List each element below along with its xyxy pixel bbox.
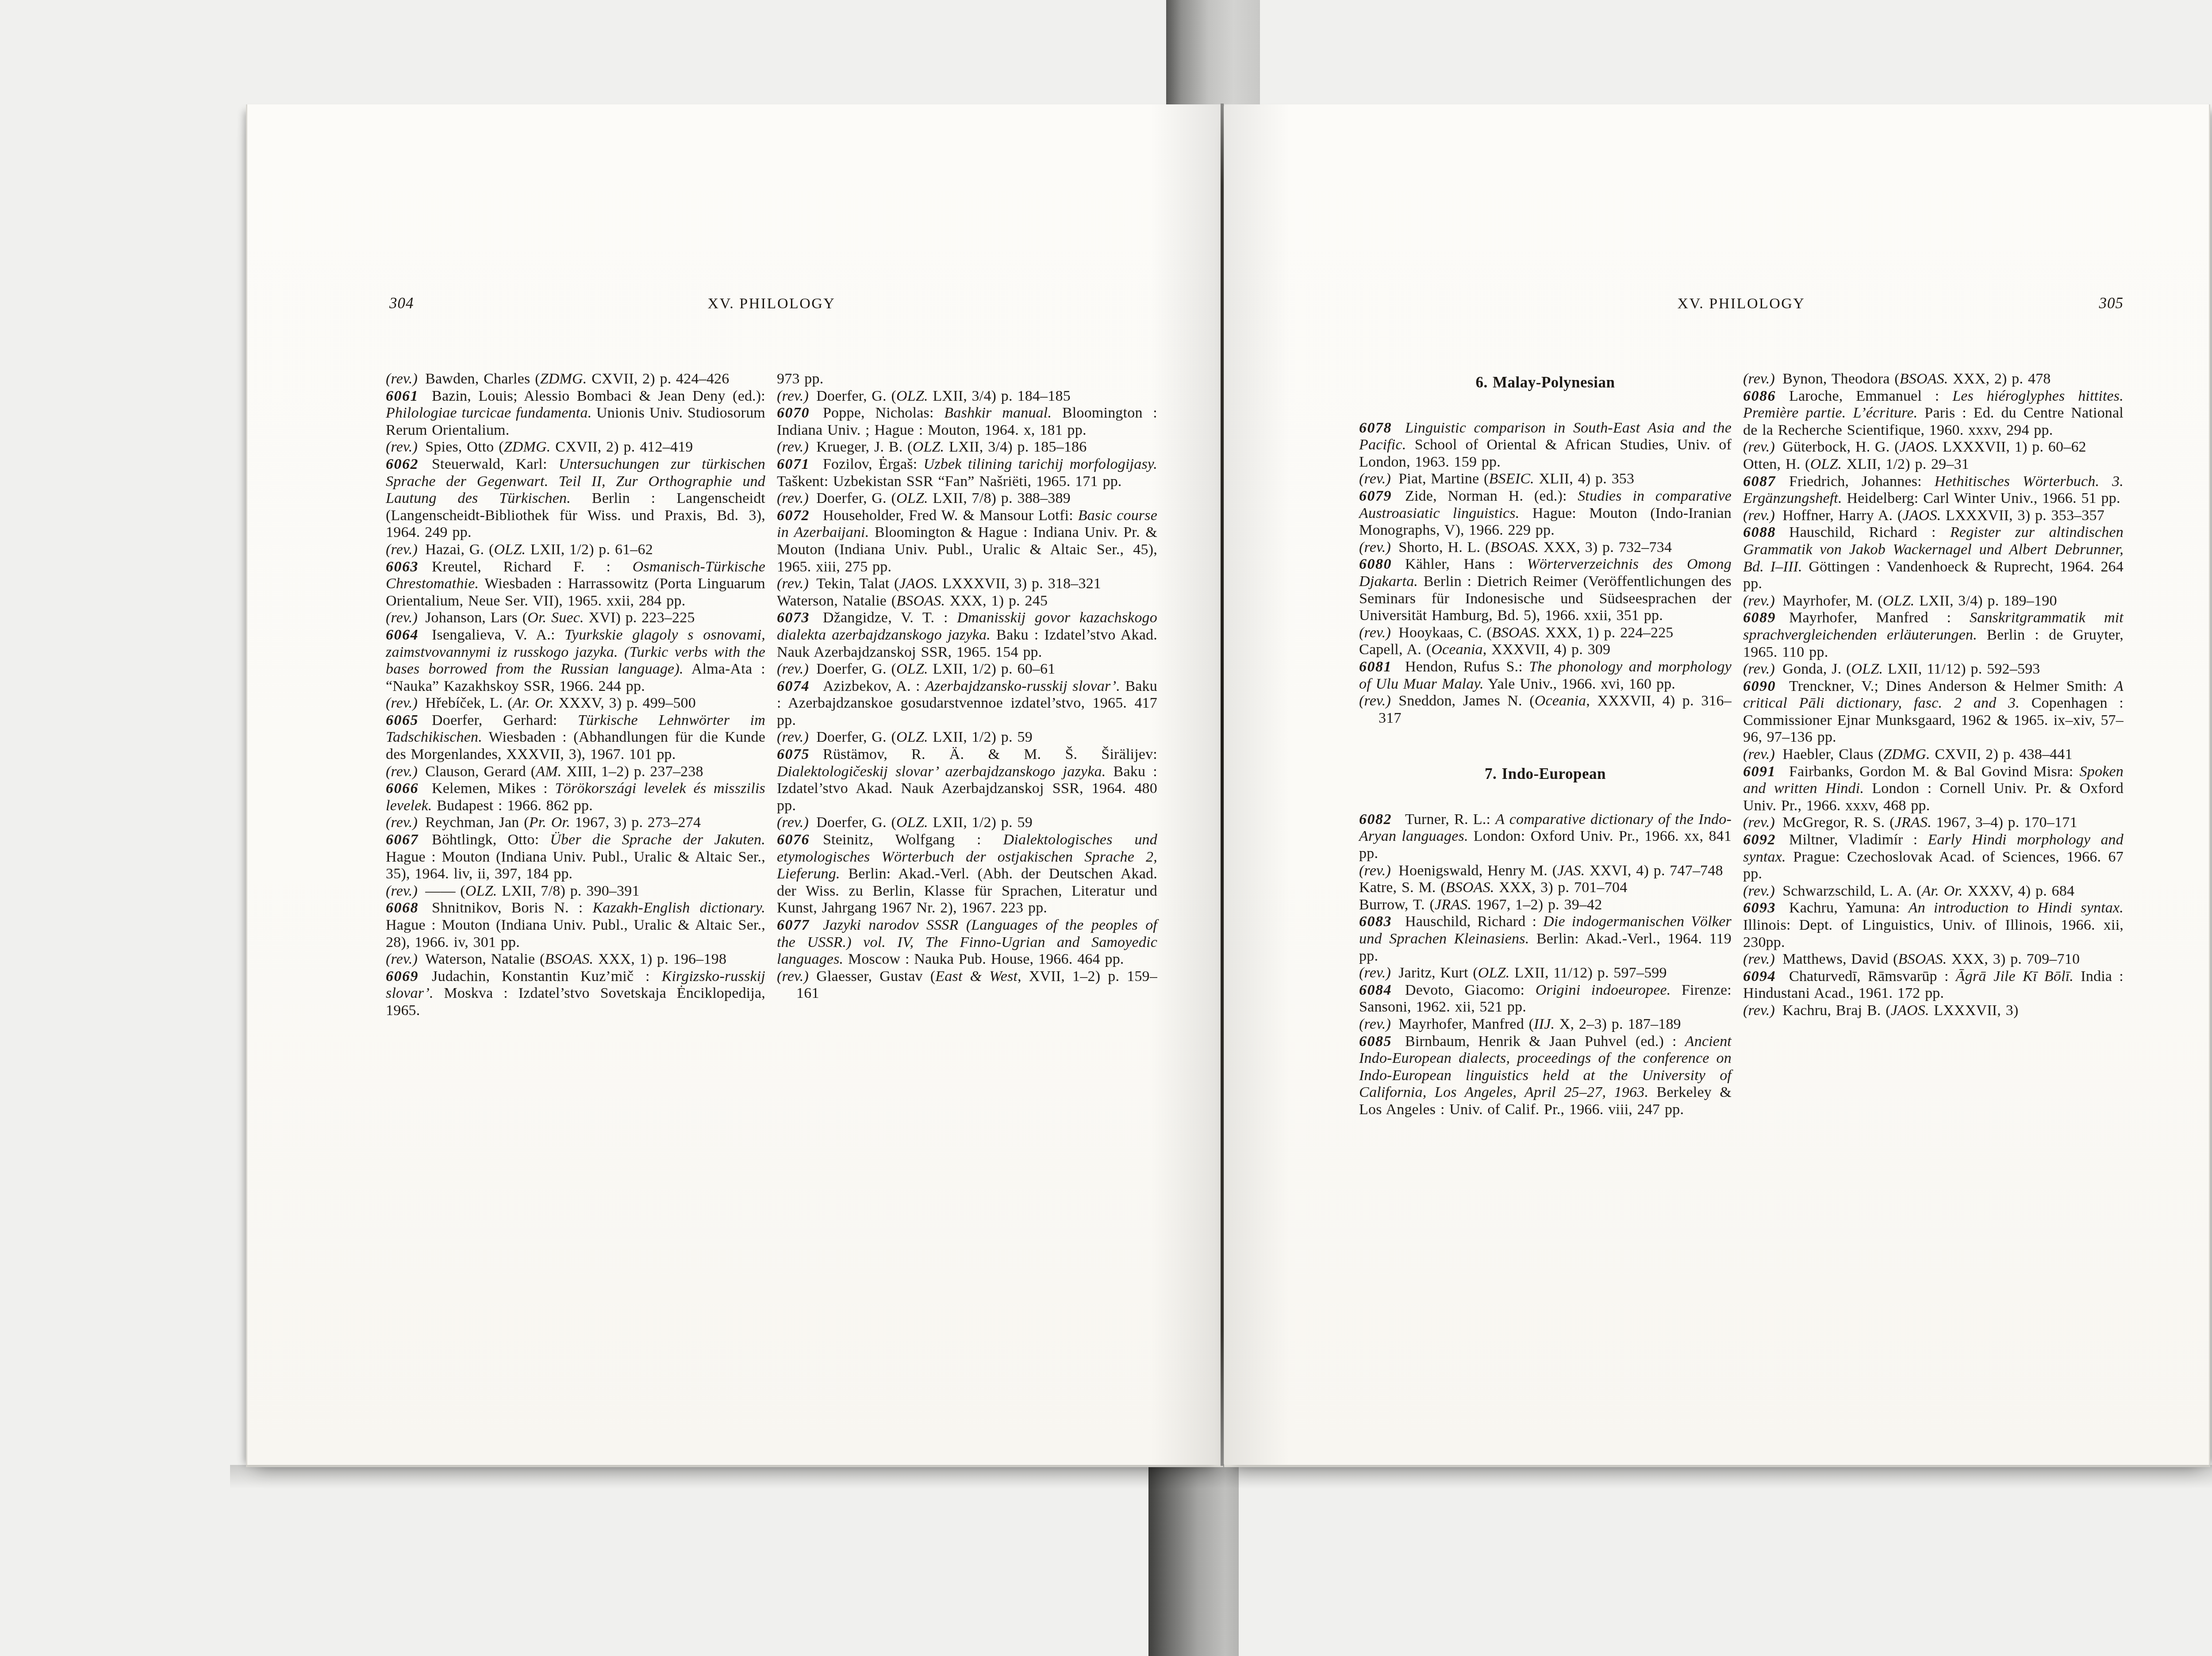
bibliography-entry: 973 pp.	[777, 371, 1157, 388]
bibliography-entry: 6076Steinitz, Wolfgang : Dialektologisch…	[777, 832, 1157, 917]
review-line: (rev.) Mayrhofer, M. (OLZ. LXII, 3/4) p.…	[1743, 593, 2124, 610]
entry-number: 6061	[386, 388, 419, 404]
review-line: (rev.) Doerfer, G. (OLZ. LXII, 1/2) p. 5…	[777, 729, 1157, 746]
entry-number: 6084	[1359, 982, 1392, 998]
bibliography-entry: 6066Kelemen, Mikes : Törökországi levele…	[386, 780, 765, 814]
review-line: (rev.) McGregor, R. S. (JRAS. 1967, 3–4)…	[1743, 814, 2124, 832]
review-line: Otten, H. (OLZ. XLII, 1/2) p. 29–31	[1743, 456, 2124, 473]
review-line: Katre, S. M. (BSOAS. XXX, 3) p. 701–704	[1359, 879, 1732, 897]
review-line: (rev.) Jaritz, Kurt (OLZ. LXII, 11/12) p…	[1359, 965, 1732, 982]
entry-number: 6073	[777, 609, 810, 626]
bibliography-entry: 6078Linguistic comparison in South-East …	[1359, 420, 1732, 471]
review-line: (rev.) Hoffner, Harry A. (JAOS. LXXXVII,…	[1743, 507, 2124, 525]
text-column-left-2: 973 pp.(rev.) Doerfer, G. (OLZ. LXII, 3/…	[777, 371, 1157, 1002]
bibliography-entry: 6073Džangidze, V. T. : Dmanisskij govor …	[777, 609, 1157, 661]
bibliography-entry: 6065Doerfer, Gerhard: Türkische Lehnwört…	[386, 712, 765, 763]
entry-number: 6088	[1743, 524, 1776, 540]
entry-number: 6091	[1743, 763, 1776, 780]
entry-number: 6075	[777, 746, 810, 763]
entry-number: 6066	[386, 780, 419, 797]
bibliography-entry: 6092Miltner, Vladimír : Early Hindi morp…	[1743, 832, 2124, 883]
review-line: (rev.) Schwarzschild, L. A. (Ar. Or. XXX…	[1743, 883, 2124, 900]
review-line: (rev.) Johanson, Lars (Or. Suec. XVI) p.…	[386, 609, 765, 627]
entry-number: 6092	[1743, 832, 1776, 848]
review-line: (rev.) Güterbock, H. G. (JAOS. LXXXVII, …	[1743, 439, 2124, 456]
book-scan-scene: 304 XV. PHILOLOGY XV. PHILOLOGY 305 (rev…	[0, 0, 2212, 1656]
bibliography-entry: 6063Kreutel, Richard F. : Osmanisch-Türk…	[386, 559, 765, 610]
review-line: (rev.) Doerfer, G. (OLZ. LXII, 3/4) p. 1…	[777, 388, 1157, 405]
entry-number: 6078	[1359, 420, 1392, 436]
review-line: (rev.) Piat, Martine (BSEIC. XLII, 4) p.…	[1359, 471, 1732, 488]
entry-number: 6089	[1743, 609, 1776, 626]
entry-number: 6085	[1359, 1033, 1392, 1050]
review-line: (rev.) Sneddon, James N. (Oceania, XXXVI…	[1359, 693, 1732, 727]
bibliography-entry: 6091Fairbanks, Gordon M. & Bal Govind Mi…	[1743, 763, 2124, 815]
bibliography-entry: 6072Householder, Fred W. & Mansour Lotfi…	[777, 507, 1157, 575]
bibliography-entry: 6061Bazin, Louis; Alessio Bombaci & Jean…	[386, 388, 765, 439]
entry-number: 6064	[386, 627, 419, 643]
bibliography-entry: 6087Friedrich, Johannes: Hethitisches Wö…	[1743, 473, 2124, 507]
review-line: (rev.) Gonda, J. (OLZ. LXII, 11/12) p. 5…	[1743, 661, 2124, 678]
entry-number: 6081	[1359, 659, 1392, 675]
bibliography-entry: 6080Kähler, Hans : Wörterverzeichnis des…	[1359, 556, 1732, 624]
bibliography-entry: 6064Isengalieva, V. A.: Tyurkskie glagol…	[386, 627, 765, 695]
spine-backdrop-bottom	[1148, 1464, 1239, 1656]
bibliography-entry: 6085Birnbaum, Henrik & Jaan Puhvel (ed.)…	[1359, 1033, 1732, 1119]
review-line: (rev.) Reychman, Jan (Pr. Or. 1967, 3) p…	[386, 814, 765, 832]
review-line: (rev.) Doerfer, G. (OLZ. LXII, 1/2) p. 6…	[777, 661, 1157, 678]
bibliography-entry: 6083Hauschild, Richard : Die indogermani…	[1359, 913, 1732, 965]
entry-number: 6068	[386, 900, 419, 916]
bibliography-entry: 6081Hendon, Rufus S.: The phonology and …	[1359, 659, 1732, 693]
entry-number: 6063	[386, 559, 419, 575]
text-column-right-1: 6. Malay-Polynesian6078Linguistic compar…	[1359, 374, 1732, 1119]
entry-number: 6082	[1359, 811, 1392, 828]
bibliography-entry: 6088Hauschild, Richard : Register zur al…	[1743, 524, 2124, 592]
bibliography-entry: 6084Devoto, Giacomo: Origini indoeuropee…	[1359, 982, 1732, 1016]
review-line: (rev.) Doerfer, G. (OLZ. LXII, 7/8) p. 3…	[777, 490, 1157, 507]
bibliography-entry: 6082Turner, R. L.: A comparative diction…	[1359, 811, 1732, 862]
review-line: (rev.) Clauson, Gerard (AM. XIII, 1–2) p…	[386, 763, 765, 781]
entry-number: 6067	[386, 832, 419, 848]
bibliography-entry: 6089Mayrhofer, Manfred : Sanskritgrammat…	[1743, 609, 2124, 661]
review-line: (rev.) Spies, Otto (ZDMG. CXVII, 2) p. 4…	[386, 439, 765, 456]
section-heading: 6. Malay-Polynesian	[1359, 374, 1732, 391]
bibliography-entry: 6070Poppe, Nicholas: Bashkir manual. Blo…	[777, 405, 1157, 439]
bibliography-entry: 6090Trenckner, V.; Dines Anderson & Helm…	[1743, 678, 2124, 746]
review-line: (rev.) Bawden, Charles (ZDMG. CXVII, 2) …	[386, 371, 765, 388]
entry-number: 6094	[1743, 968, 1776, 985]
entry-number: 6071	[777, 456, 810, 472]
review-line: Waterson, Natalie (BSOAS. XXX, 1) p. 245	[777, 593, 1157, 610]
review-line: (rev.) Doerfer, G. (OLZ. LXII, 1/2) p. 5…	[777, 814, 1157, 832]
bibliography-entry: 6086Laroche, Emmanuel : Les hiéroglyphes…	[1743, 388, 2124, 439]
bibliography-entry: 6075Rüstämov, R. Ä. & M. Š. Širälijev: D…	[777, 746, 1157, 814]
bibliography-entry: 6069Judachin, Konstantin Kuz’mič : Kirgi…	[386, 968, 765, 1020]
spine-gutter-line	[1221, 103, 1224, 1466]
spine-backdrop-top	[1166, 0, 1260, 106]
entry-number: 6080	[1359, 556, 1392, 572]
entry-number: 6090	[1743, 678, 1776, 694]
entry-number: 6079	[1359, 488, 1392, 504]
entry-number: 6076	[777, 832, 810, 848]
entry-number: 6072	[777, 507, 810, 524]
page-bottom-shadow	[230, 1465, 2212, 1489]
bibliography-entry: 6071Fozilov, Ėrgaš: Uzbek tilining taric…	[777, 456, 1157, 490]
review-line: (rev.) Shorto, H. L. (BSOAS. XXX, 3) p. …	[1359, 539, 1732, 556]
entry-number: 6074	[777, 678, 810, 694]
review-line: (rev.) Hřebíček, L. (Ar. Or. XXXV, 3) p.…	[386, 695, 765, 712]
review-line: (rev.) —— (OLZ. LXII, 7/8) p. 390–391	[386, 883, 765, 900]
review-line: Burrow, T. (JRAS. 1967, 1–2) p. 39–42	[1359, 897, 1732, 914]
review-line: (rev.) Hazai, G. (OLZ. LXII, 1/2) p. 61–…	[386, 541, 765, 559]
text-column-right-2: (rev.) Bynon, Theodora (BSOAS. XXX, 2) p…	[1743, 371, 2124, 1020]
gutter-shadow-left	[1150, 104, 1221, 1465]
review-line: Capell, A. (Oceania, XXXVII, 4) p. 309	[1359, 641, 1732, 659]
review-line: (rev.) Bynon, Theodora (BSOAS. XXX, 2) p…	[1743, 371, 2124, 388]
entry-number: 6062	[386, 456, 419, 472]
entry-number: 6077	[777, 917, 810, 933]
review-line: (rev.) Waterson, Natalie (BSOAS. XXX, 1)…	[386, 951, 765, 968]
entry-number: 6086	[1743, 388, 1776, 404]
review-line: (rev.) Glaesser, Gustav (East & West, XV…	[777, 968, 1157, 1002]
text-column-left-1: (rev.) Bawden, Charles (ZDMG. CXVII, 2) …	[386, 371, 765, 1020]
review-line: (rev.) Mayrhofer, Manfred (IIJ. X, 2–3) …	[1359, 1016, 1732, 1033]
entry-number: 6087	[1743, 473, 1776, 490]
review-line: (rev.) Tekin, Talat (JAOS. LXXXVII, 3) p…	[777, 575, 1157, 593]
bibliography-entry: 6067Böhtlingk, Otto: Über die Sprache de…	[386, 832, 765, 883]
review-line: (rev.) Kachru, Braj B. (JAOS. LXXXVII, 3…	[1743, 1002, 2124, 1020]
entry-number: 6065	[386, 712, 419, 728]
bibliography-entry: 6068Shnitnikov, Boris N. : Kazakh-Englis…	[386, 900, 765, 951]
bibliography-entry: 6093Kachru, Yamuna: An introduction to H…	[1743, 900, 2124, 951]
bibliography-entry: 6094Chaturvedī, Rāmsvarūp : Āgrā Jile Kī…	[1743, 968, 2124, 1002]
gutter-shadow-right	[1224, 104, 1290, 1465]
review-line: (rev.) Matthews, David (BSOAS. XXX, 3) p…	[1743, 951, 2124, 968]
review-line: (rev.) Hoenigswald, Henry M. (JAS. XXVI,…	[1359, 862, 1732, 880]
entry-number: 6083	[1359, 913, 1392, 930]
bibliography-entry: 6062Steuerwald, Karl: Untersuchungen zur…	[386, 456, 765, 541]
bibliography-entry: 6077Jazyki narodov SSSR (Languages of th…	[777, 917, 1157, 968]
running-head-left: XV. PHILOLOGY	[386, 295, 1157, 312]
entry-number: 6069	[386, 968, 419, 985]
bibliography-entry: 6079Zide, Norman H. (ed.): Studies in co…	[1359, 488, 1732, 539]
page-number-right: 305	[1947, 295, 2124, 312]
review-line: (rev.) Haebler, Claus (ZDMG. CXVII, 2) p…	[1743, 746, 2124, 763]
entry-number: 6070	[777, 405, 810, 421]
bibliography-entry: 6074Azizbekov, A. : Azerbajdzansko-russk…	[777, 678, 1157, 729]
entry-number: 6093	[1743, 900, 1776, 916]
review-line: (rev.) Krueger, J. B. (OLZ. LXII, 3/4) p…	[777, 439, 1157, 456]
section-heading: 7. Indo-European	[1359, 766, 1732, 783]
review-line: (rev.) Hooykaas, C. (BSOAS. XXX, 1) p. 2…	[1359, 625, 1732, 642]
